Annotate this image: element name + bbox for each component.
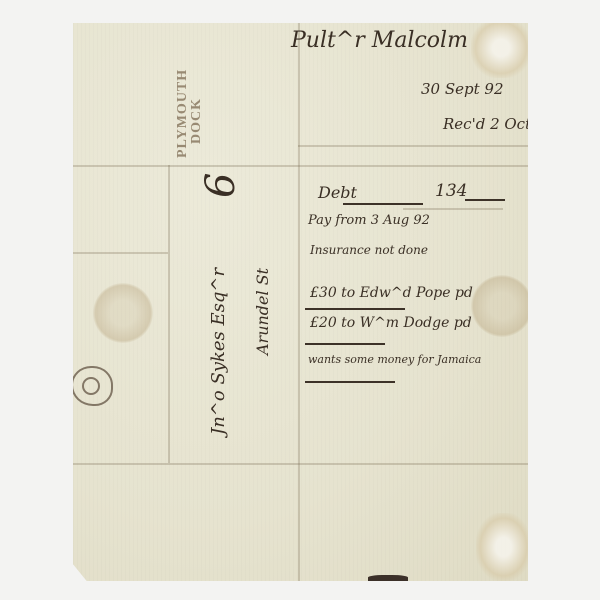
- fold-horizontal-bottom: [73, 463, 528, 465]
- ledger-debt-label: Debt: [318, 183, 357, 202]
- ledger-line: £20 to W^m Dodge pd: [310, 315, 472, 331]
- edge-damage: [368, 575, 408, 581]
- water-stain-right: [471, 275, 533, 337]
- ledger-rule: [305, 308, 405, 310]
- fold-horizontal-right: [298, 145, 528, 147]
- ledger-line: Insurance not done: [310, 243, 428, 257]
- wear-top-right: [471, 18, 531, 78]
- fold-horizontal-left-middle: [73, 252, 168, 254]
- ledger-debt-amount: 134: [435, 181, 467, 201]
- fold-horizontal-top: [73, 165, 528, 167]
- fold-vertical-left: [168, 165, 170, 463]
- docket-date-received: Rec'd 2 Oct.: [443, 115, 536, 133]
- address-recipient: Jn^o Sykes Esq^r: [208, 268, 229, 435]
- letter-sheet: Pult^r Malcolm 30 Sept 92 Rec'd 2 Oct. D…: [73, 23, 528, 581]
- docket-date-written: 30 Sept 92: [421, 80, 504, 98]
- wear-bottom-right: [476, 513, 531, 581]
- postmark-line2: DOCK: [190, 69, 204, 158]
- postmark-stamp: PLYMOUTH DOCK: [176, 69, 204, 158]
- ledger-rule: [343, 203, 423, 205]
- water-stain-left: [93, 283, 153, 343]
- ledger-line: wants some money for Jamaica: [308, 353, 481, 366]
- ledger-rule: [305, 343, 385, 345]
- ledger-faint-rule: [403, 208, 503, 210]
- fold-vertical-center: [298, 23, 300, 581]
- ledger-line: £30 to Edw^d Pope pd: [310, 285, 473, 301]
- ledger-line: Pay from 3 Aug 92: [308, 213, 430, 228]
- wax-seal-impression: [71, 366, 113, 406]
- address-street: Arundel St: [253, 268, 272, 355]
- postmark-line1: PLYMOUTH: [176, 69, 190, 158]
- docket-sender: Pult^r Malcolm: [291, 28, 468, 53]
- rate-mark: 6: [198, 173, 244, 198]
- ledger-rule: [305, 381, 395, 383]
- ledger-rule: [465, 199, 505, 201]
